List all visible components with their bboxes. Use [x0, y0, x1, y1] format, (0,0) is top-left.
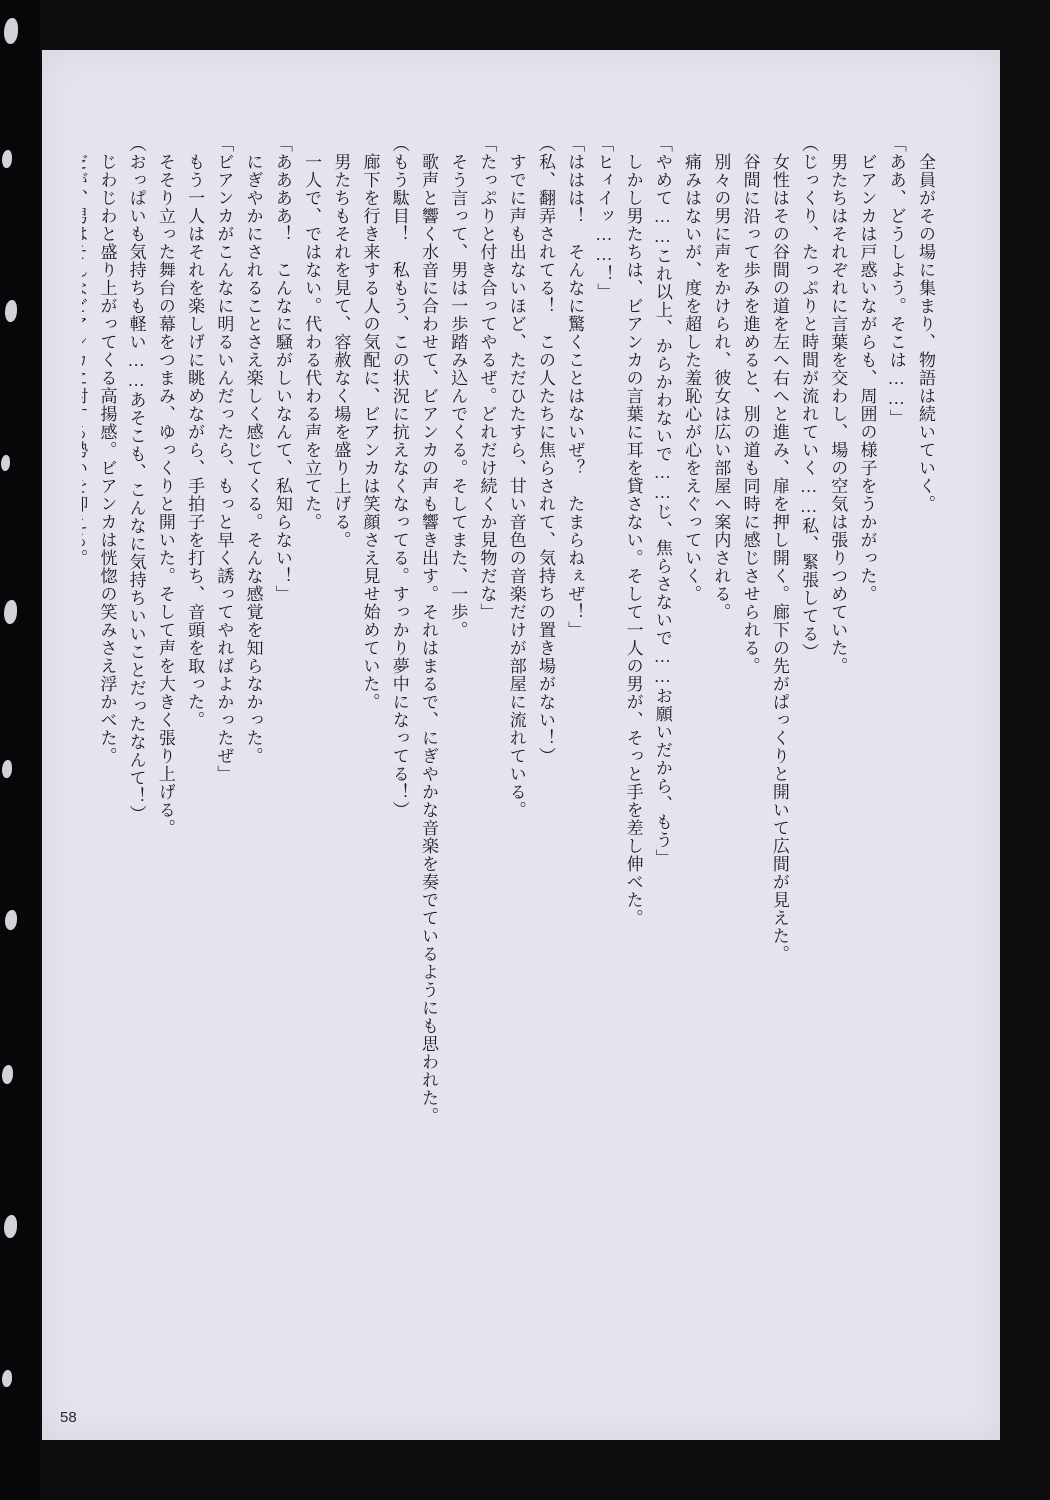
binding-artifact — [4, 1215, 17, 1238]
binding-artifact — [2, 760, 12, 778]
binding-artifact — [4, 18, 18, 44]
binding-artifact — [2, 1370, 12, 1387]
page-number: 58 — [60, 1409, 77, 1426]
text-block-area: 全員がその場に集まり、物語は続いていく。 「ああ、どうしよう。そこは……」 ビア… — [82, 135, 940, 1370]
binding-edge — [0, 0, 40, 1500]
binding-artifact — [2, 1065, 13, 1084]
binding-artifact — [5, 910, 17, 930]
binding-artifact — [2, 150, 12, 168]
binding-artifact — [1, 455, 10, 471]
binding-artifact — [5, 300, 17, 322]
book-page: 全員がその場に集まり、物語は続いていく。 「ああ、どうしよう。そこは……」 ビア… — [42, 50, 1000, 1440]
vertical-japanese-text: 全員がその場に集まり、物語は続いていく。 「ああ、どうしよう。そこは……」 ビア… — [82, 135, 940, 1370]
scanned-page-frame: 全員がその場に集まり、物語は続いていく。 「ああ、どうしよう。そこは……」 ビア… — [0, 0, 1050, 1500]
binding-artifact — [4, 600, 17, 624]
